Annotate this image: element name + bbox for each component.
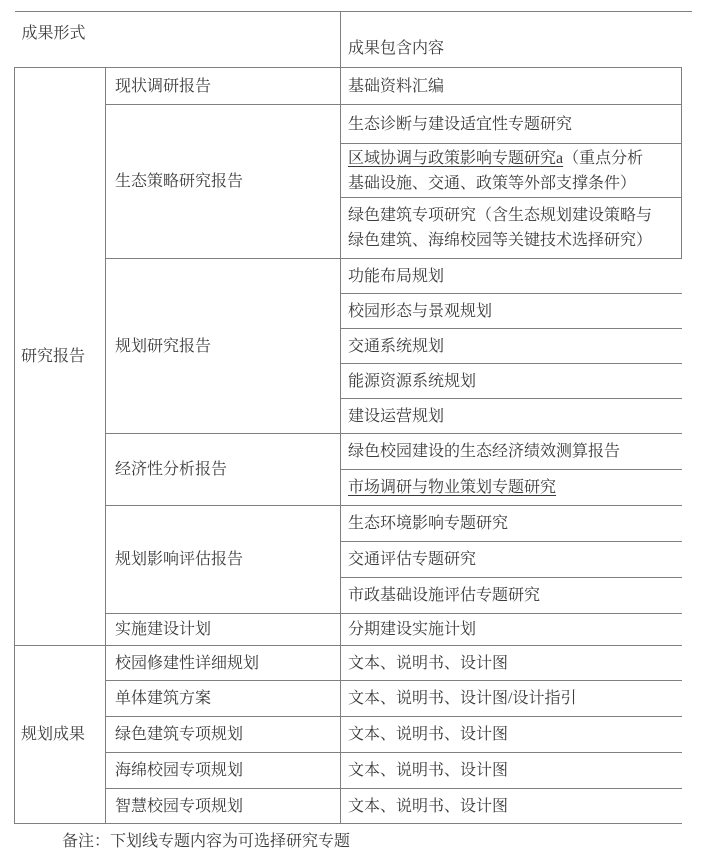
table-row: 实施建设计划 分期建设实施计划 [15, 614, 682, 646]
content-underlined: 市场调研与物业策划专题研究 [348, 479, 556, 496]
table-row: 海绵校园专项规划 文本、说明书、设计图 [15, 753, 682, 789]
content-cell: 绿色校园建设的生态经济绩效测算报告 [341, 434, 682, 470]
content-underlined: 区域协调与政策影响专题研究a [348, 150, 563, 167]
table-row: 研究报告 现状调研报告 基础资料汇编 [15, 68, 682, 105]
form-label: 绿色建筑专项规划 [115, 726, 243, 743]
section-label: 研究报告 [21, 348, 85, 365]
content-text: 生态环境影响专题研究 [348, 515, 508, 532]
table-row: 规划研究报告 功能布局规划 [15, 259, 682, 294]
content-text: 文本、说明书、设计图/设计指引 [348, 690, 576, 707]
form-cell: 经济性分析报告 [106, 434, 341, 506]
content-cell: 市政基础设施评估专题研究 [341, 578, 682, 614]
content-text: 分期建设实施计划 [348, 621, 476, 638]
form-label: 智慧校园专项规划 [115, 798, 243, 815]
content-text: 绿色建筑专项研究（含生态规划建设策略与 绿色建筑、海绵校园等关键技术选择研究） [348, 207, 652, 249]
table-row: 规划成果 校园修建性详细规划 文本、说明书、设计图 [15, 646, 682, 681]
footnote: 备注：下划线专题内容为可选择研究专题 [62, 828, 350, 851]
content-cell: 文本、说明书、设计图 [341, 789, 682, 824]
content-cell: 文本、说明书、设计图/设计指引 [341, 681, 682, 717]
content-text: 文本、说明书、设计图 [348, 726, 508, 743]
form-cell: 实施建设计划 [106, 614, 341, 646]
form-label: 单体建筑方案 [115, 690, 211, 707]
form-label: 经济性分析报告 [115, 461, 227, 478]
form-label: 校园修建性详细规划 [115, 655, 259, 672]
table-row: 经济性分析报告 绿色校园建设的生态经济绩效测算报告 [15, 434, 682, 470]
form-label: 现状调研报告 [115, 78, 211, 95]
section-cell-research-reports: 研究报告 [15, 68, 106, 646]
header-form-type-label: 成果形式 [22, 25, 86, 42]
content-text: 生态诊断与建设适宜性专题研究 [348, 116, 572, 133]
content-text: 文本、说明书、设计图 [348, 655, 508, 672]
content-cell: 基础资料汇编 [341, 68, 682, 105]
content-text: 能源资源系统规划 [348, 373, 476, 390]
content-text: 交通系统规划 [348, 338, 444, 355]
table-row: 智慧校园专项规划 文本、说明书、设计图 [15, 789, 682, 824]
content-cell: 校园形态与景观规划 [341, 294, 682, 329]
form-cell: 校园修建性详细规划 [106, 646, 341, 681]
form-cell: 绿色建筑专项规划 [106, 717, 341, 753]
content-cell: 能源资源系统规划 [341, 364, 682, 399]
form-cell: 现状调研报告 [106, 68, 341, 105]
section-cell-planning-results: 规划成果 [15, 646, 106, 824]
form-label: 规划研究报告 [115, 338, 211, 355]
document-page: 成果形式 成果包含内容 研究报告 现状调研报告 基础资料汇编 生态策略研究报告 … [0, 0, 706, 853]
content-cell: 市场调研与物业策划专题研究 [341, 470, 682, 506]
content-text: 文本、说明书、设计图 [348, 798, 508, 815]
form-cell: 海绵校园专项规划 [106, 753, 341, 789]
content-cell: 功能布局规划 [341, 259, 682, 294]
form-cell: 智慧校园专项规划 [106, 789, 341, 824]
content-text: 建设运营规划 [348, 408, 444, 425]
form-cell: 生态策略研究报告 [106, 105, 341, 259]
header-content-label: 成果包含内容 [348, 40, 444, 57]
content-cell: 分期建设实施计划 [341, 614, 682, 646]
form-label: 生态策略研究报告 [115, 173, 243, 190]
content-cell: 绿色建筑专项研究（含生态规划建设策略与 绿色建筑、海绵校园等关键技术选择研究） [341, 198, 682, 259]
form-label: 海绵校园专项规划 [115, 762, 243, 779]
form-label: 规划影响评估报告 [115, 551, 243, 568]
content-text: 交通评估专题研究 [348, 551, 476, 568]
section-label: 规划成果 [21, 726, 85, 743]
content-text: 校园形态与景观规划 [348, 303, 492, 320]
content-cell: 文本、说明书、设计图 [341, 646, 682, 681]
content-text: 基础资料汇编 [348, 78, 444, 95]
form-cell: 单体建筑方案 [106, 681, 341, 717]
content-cell: 交通评估专题研究 [341, 542, 682, 578]
table-header-row: 成果形式 成果包含内容 [15, 12, 682, 68]
header-content-cell: 成果包含内容 [341, 12, 682, 68]
content-text: 功能布局规划 [348, 268, 444, 285]
header-form-type-cell: 成果形式 [15, 12, 341, 68]
table-row: 生态策略研究报告 生态诊断与建设适宜性专题研究 [15, 105, 682, 144]
content-cell: 交通系统规划 [341, 329, 682, 364]
deliverables-table: 成果形式 成果包含内容 研究报告 现状调研报告 基础资料汇编 生态策略研究报告 … [14, 11, 682, 824]
form-cell: 规划研究报告 [106, 259, 341, 434]
content-cell: 文本、说明书、设计图 [341, 753, 682, 789]
content-cell: 生态环境影响专题研究 [341, 506, 682, 542]
content-cell: 区域协调与政策影响专题研究a（重点分析 基础设施、交通、政策等外部支撑条件） [341, 144, 682, 198]
content-text: 文本、说明书、设计图 [348, 762, 508, 779]
content-text: 绿色校园建设的生态经济绩效测算报告 [348, 443, 620, 460]
table-row: 规划影响评估报告 生态环境影响专题研究 [15, 506, 682, 542]
content-cell: 生态诊断与建设适宜性专题研究 [341, 105, 682, 144]
table-row: 单体建筑方案 文本、说明书、设计图/设计指引 [15, 681, 682, 717]
form-cell: 规划影响评估报告 [106, 506, 341, 614]
form-label: 实施建设计划 [115, 621, 211, 638]
content-text: 市政基础设施评估专题研究 [348, 587, 540, 604]
content-cell: 文本、说明书、设计图 [341, 717, 682, 753]
content-cell: 建设运营规划 [341, 399, 682, 434]
table-row: 绿色建筑专项规划 文本、说明书、设计图 [15, 717, 682, 753]
